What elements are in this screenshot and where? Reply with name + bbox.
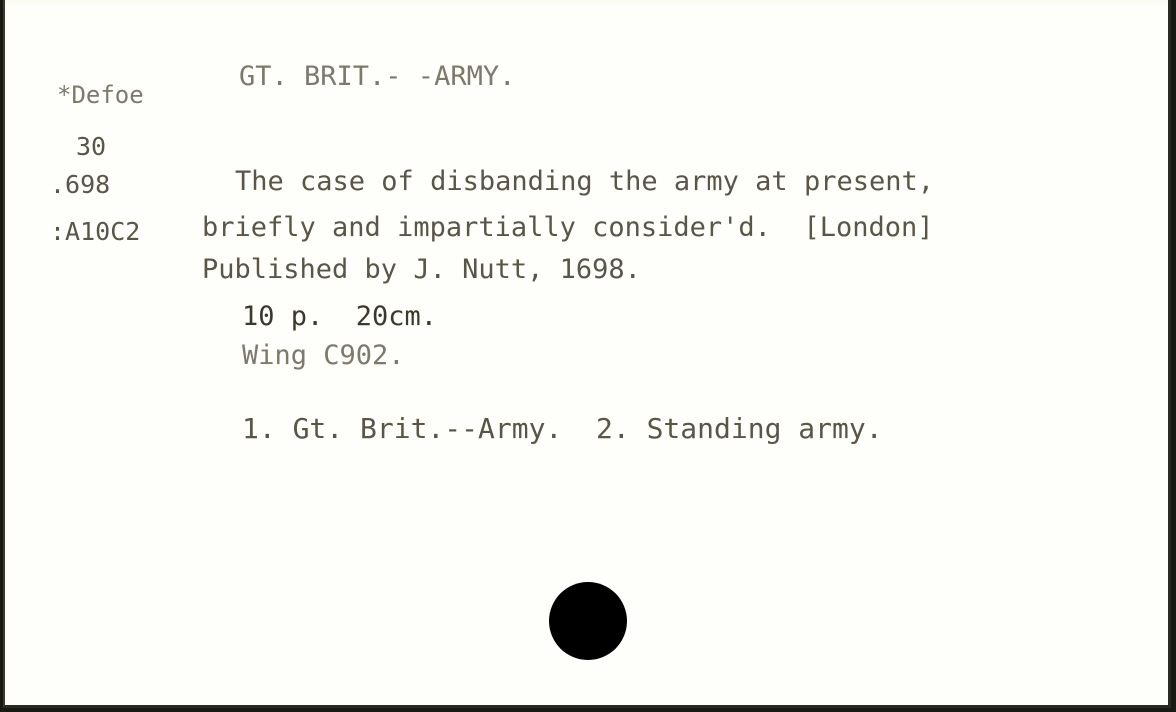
subject-heading: GT. BRIT.- -ARMY. (239, 63, 515, 90)
collation: 10 p. 20cm. (242, 303, 437, 330)
title-line-2: briefly and impartially consider'd. [Lon… (202, 214, 934, 241)
subject-tracings: 1. Gt. Brit.--Army. 2. Standing army. (242, 415, 883, 443)
call-number-line-4: :A10C2 (50, 219, 140, 244)
punch-hole (549, 582, 627, 660)
call-number-line-2: 30 (76, 134, 106, 159)
imprint: Published by J. Nutt, 1698. (202, 256, 641, 283)
title-line-1: The case of disbanding the army at prese… (235, 168, 934, 195)
call-number-author: *Defoe (57, 83, 144, 107)
wing-reference: Wing C902. (242, 342, 405, 369)
call-number-line-3: .698 (50, 172, 110, 197)
